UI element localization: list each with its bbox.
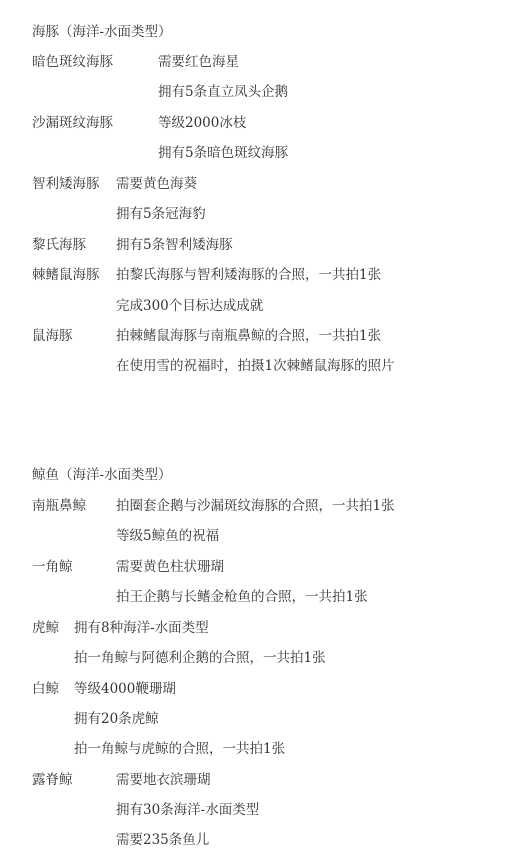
entry-requirement: 拥有8种海洋-水面类型 <box>74 619 209 637</box>
section-heading: 海豚（海洋-水面类型） <box>32 23 172 41</box>
entry-requirement: 拥有5条直立凤头企鹅 <box>158 83 288 101</box>
entry-name: 暗色斑纹海豚 <box>32 53 113 71</box>
entry-requirement: 等级4000鞭珊瑚 <box>74 680 176 698</box>
entry-requirement: 拍棘鳍鼠海豚与南瓶鼻鲸的合照，一共拍1张 <box>116 327 381 345</box>
entry-name: 黎氏海豚 <box>32 236 86 254</box>
entry-requirement: 拍黎氏海豚与智利矮海豚的合照，一共拍1张 <box>116 266 381 284</box>
entry-requirement: 需要235条鱼儿 <box>116 831 209 849</box>
entry-requirement: 在使用雪的祝福时，拍摄1次棘鳍鼠海豚的照片 <box>116 357 395 375</box>
entry-name: 南瓶鼻鲸 <box>32 497 86 515</box>
entry-requirement: 需要红色海星 <box>158 53 239 71</box>
entry-requirement: 拥有30条海洋-水面类型 <box>116 801 259 819</box>
entry-requirement: 等级2000冰枝 <box>158 114 246 132</box>
entry-name: 白鲸 <box>32 680 59 698</box>
entry-name: 虎鲸 <box>32 619 59 637</box>
entry-requirement: 拍一角鲸与阿德利企鹅的合照，一共拍1张 <box>74 649 326 667</box>
entry-name: 鼠海豚 <box>32 327 73 345</box>
entry-requirement: 等级5鲸鱼的祝福 <box>116 527 219 545</box>
entry-name: 沙漏斑纹海豚 <box>32 114 113 132</box>
entry-requirement: 拥有5条暗色斑纹海豚 <box>158 144 288 162</box>
entry-requirement: 拍一角鲸与虎鲸的合照，一共拍1张 <box>74 740 285 758</box>
entry-requirement: 需要黄色海葵 <box>116 175 197 193</box>
entry-requirement: 拥有5条冠海豹 <box>116 205 206 223</box>
entry-name: 智利矮海豚 <box>32 175 100 193</box>
entry-requirement: 拥有5条智利矮海豚 <box>116 236 233 254</box>
entry-requirement: 需要地衣滨珊瑚 <box>116 771 211 789</box>
entry-requirement: 需要黄色柱状珊瑚 <box>116 558 224 576</box>
section-heading: 鲸鱼（海洋-水面类型） <box>32 466 172 484</box>
entry-requirement: 拍圈套企鹅与沙漏斑纹海豚的合照，一共拍1张 <box>116 497 395 515</box>
entry-name: 露脊鲸 <box>32 771 73 789</box>
entry-requirement: 拥有20条虎鲸 <box>74 710 159 728</box>
entry-requirement: 拍王企鹅与长鳍金枪鱼的合照，一共拍1张 <box>116 588 368 606</box>
entry-requirement: 完成300个目标达成成就 <box>116 297 263 315</box>
entry-name: 一角鲸 <box>32 558 73 576</box>
entry-name: 棘鳍鼠海豚 <box>32 266 100 284</box>
